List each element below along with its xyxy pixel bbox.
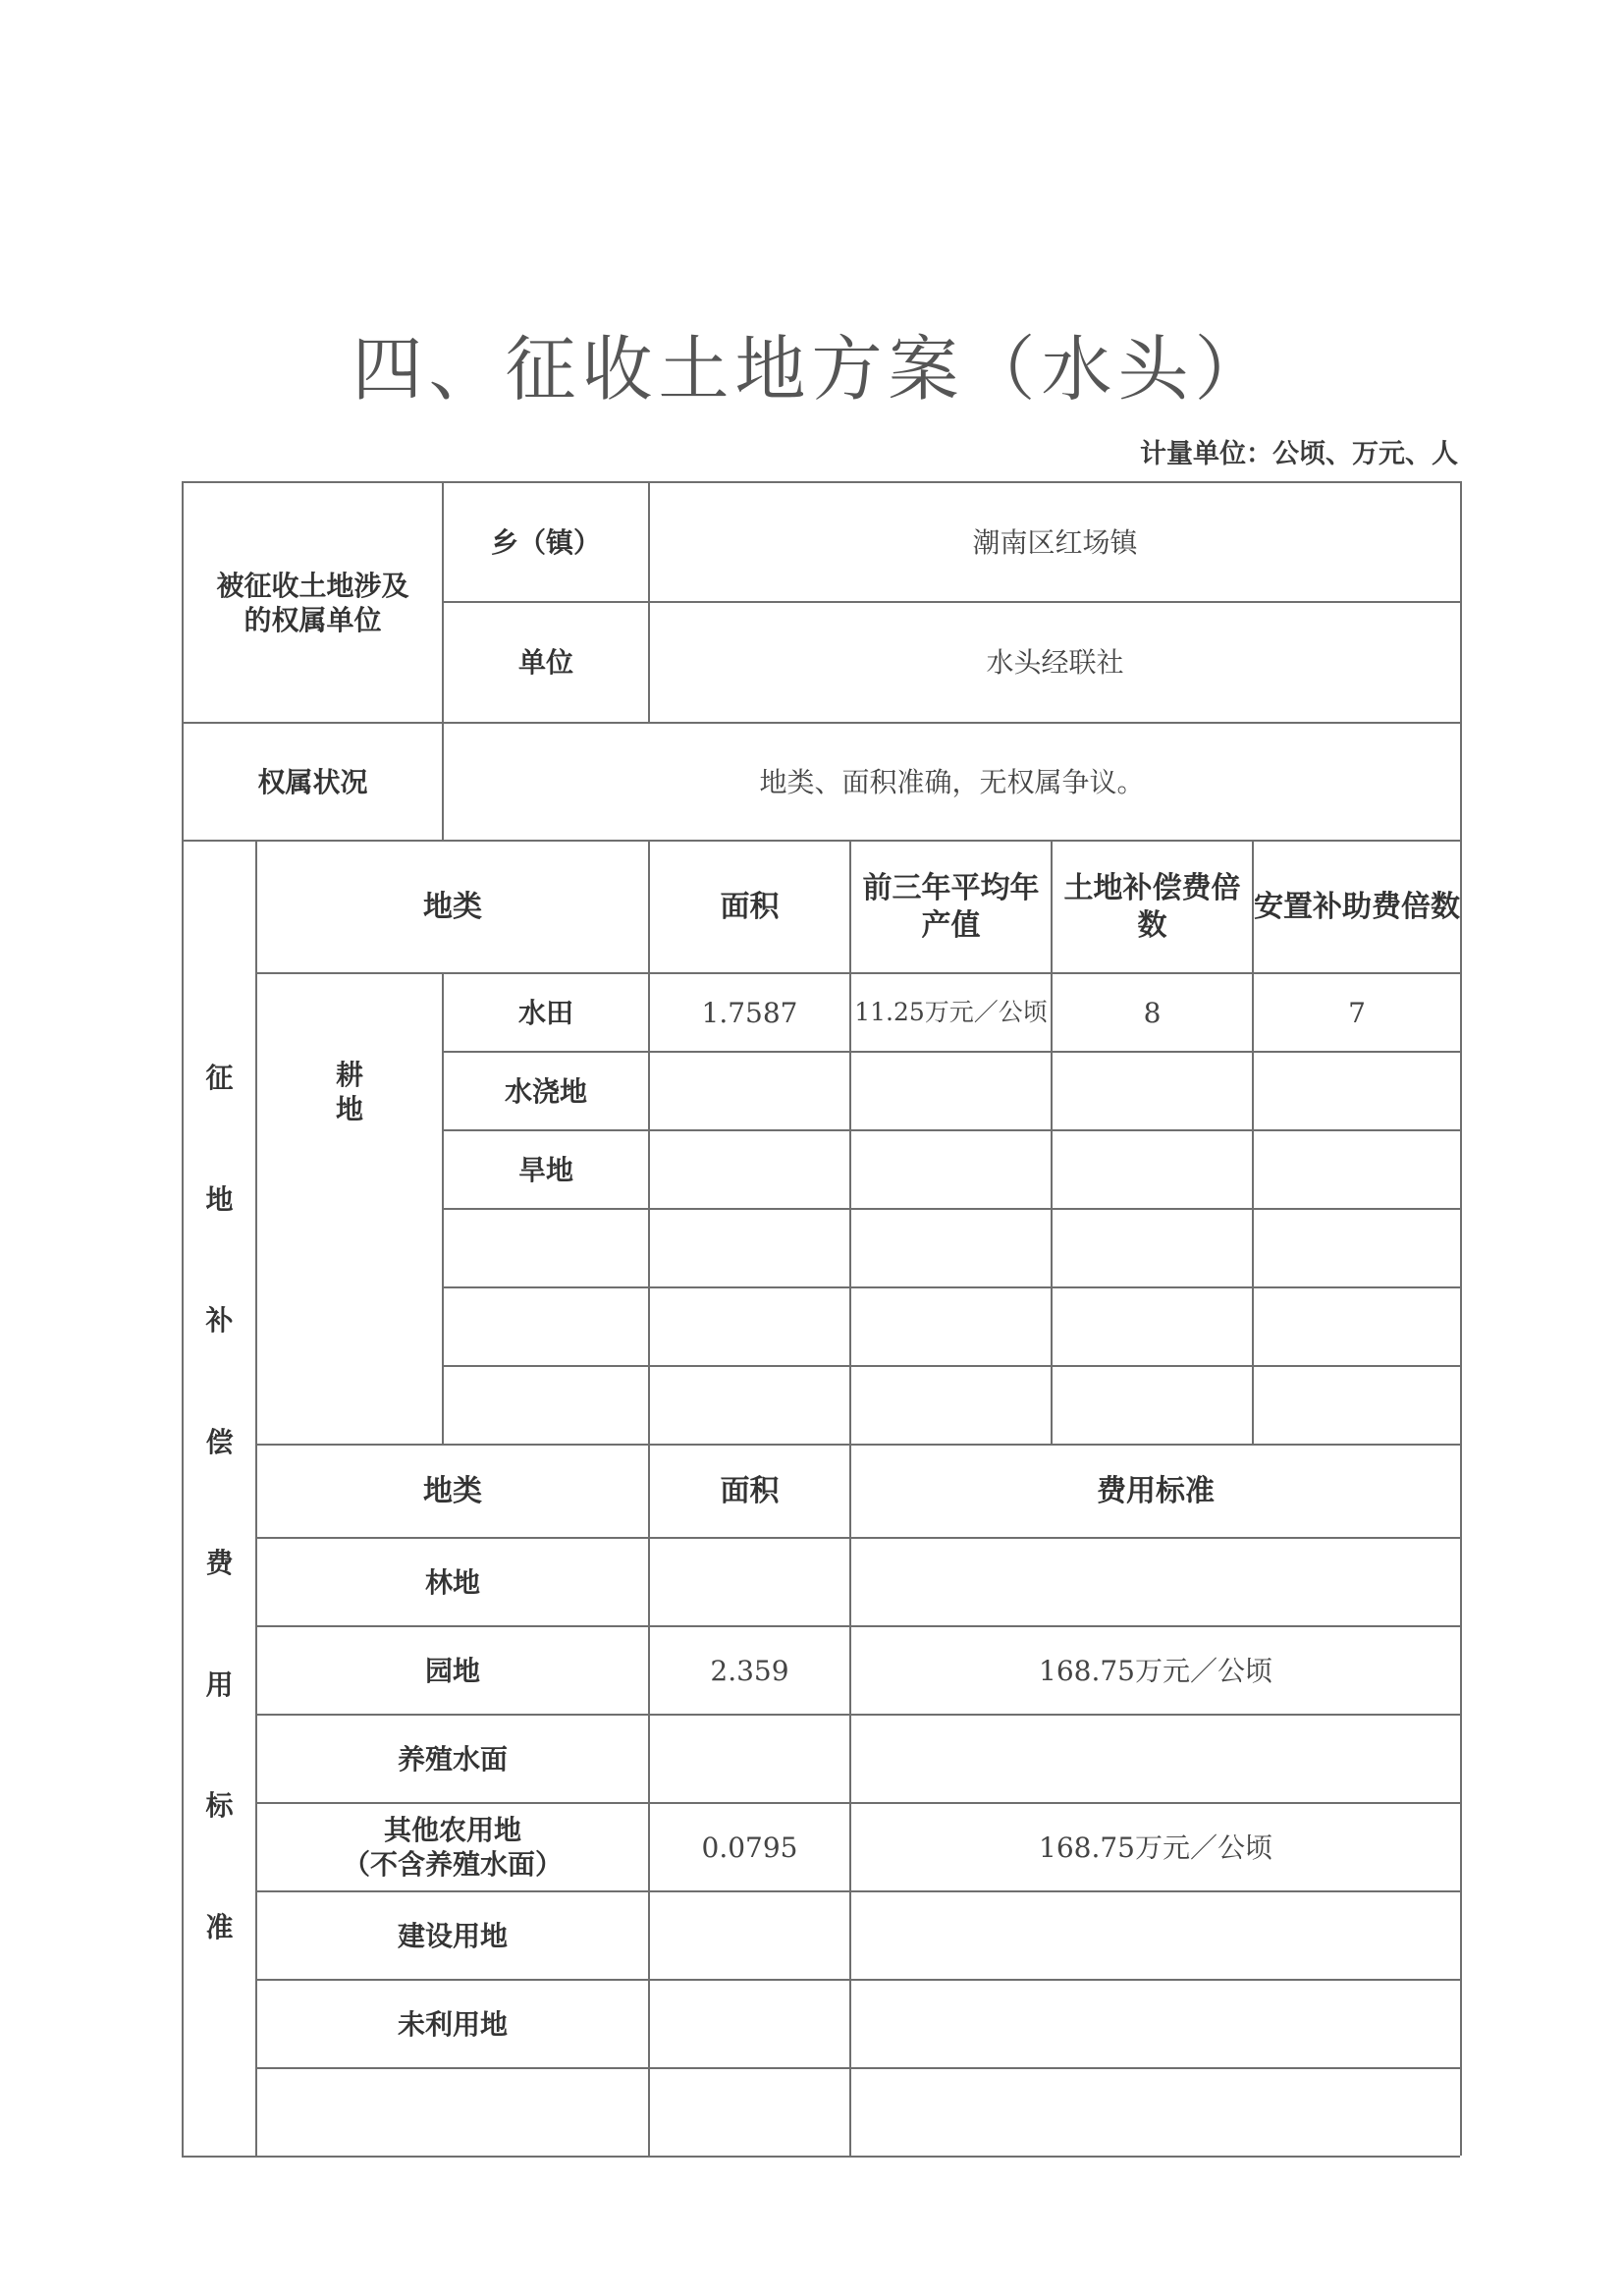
header-text: 前三年平均年产值 <box>851 870 1051 944</box>
ownership-status-label: 权属状况 <box>184 724 442 840</box>
cell-text: 水浇地 <box>505 1074 587 1109</box>
unit-label: 单位 <box>444 603 648 722</box>
town-label-text: 乡（镇） <box>491 525 601 560</box>
land-type-cell: 水田 <box>444 974 648 1051</box>
cell-text: 168.75万元／公顷 <box>1039 1654 1272 1688</box>
cell-text: 8 <box>1144 996 1162 1030</box>
section-char: 补 <box>205 1303 233 1338</box>
avg-output-cell: 11.25万元／公顷 <box>851 974 1051 1051</box>
cell-text: 168.75万元／公顷 <box>1039 1831 1272 1865</box>
col-header-compensation-multiple: 土地补偿费倍数 <box>1053 842 1252 972</box>
compensation-multiple-cell: 8 <box>1053 974 1252 1051</box>
land-type-cell: 林地 <box>257 1539 648 1625</box>
land-type-cell: 园地 <box>257 1627 648 1714</box>
header-text: 面积 <box>721 1473 780 1510</box>
ownership-status-label-text: 权属状况 <box>257 765 367 799</box>
ownership-status-value-text: 地类、面积准确，无权属争议。 <box>759 765 1144 799</box>
resettlement-multiple-cell: 7 <box>1254 974 1460 1051</box>
divider <box>849 1444 851 2156</box>
land-type-cell: 其他农用地 （不含养殖水面） <box>257 1804 648 1890</box>
land-type-cell: 未利用地 <box>257 1981 648 2067</box>
divider <box>442 1365 1460 1367</box>
header-text: 费用标准 <box>1097 1473 1215 1510</box>
divider <box>255 2067 1460 2069</box>
section-char: 偿 <box>205 1425 233 1459</box>
area-cell: 0.0795 <box>650 1804 849 1890</box>
cell-text: 11.25万元／公顷 <box>854 997 1048 1027</box>
unit-value: 水头经联社 <box>650 603 1460 722</box>
header-text: 地类 <box>423 1473 482 1510</box>
col-header-resettlement-multiple: 安置补助费倍数 <box>1254 842 1460 972</box>
cell-text: 水田 <box>518 996 573 1030</box>
header-text: 面积 <box>721 889 780 926</box>
fee-cell: 168.75万元／公顷 <box>851 1627 1460 1714</box>
ownership-unit-label-text: 被征收土地涉及的权属单位 <box>205 569 421 637</box>
col-header-land-type: 地类 <box>257 842 648 972</box>
cell-text: 建设用地 <box>398 1919 508 1953</box>
col-header-avg-output: 前三年平均年产值 <box>851 842 1051 972</box>
divider <box>442 1286 1460 1288</box>
col-header-fee-standard: 费用标准 <box>851 1446 1460 1537</box>
col-header-area: 面积 <box>650 842 849 972</box>
table-border-bottom <box>182 2156 1460 2158</box>
section-char: 地 <box>205 1182 233 1217</box>
unit-value-text: 水头经联社 <box>986 645 1123 680</box>
cell-text: 林地 <box>425 1565 480 1600</box>
cell-text: 未利用地 <box>398 2007 508 2042</box>
area-cell: 2.359 <box>650 1627 849 1714</box>
cell-text: 养殖水面 <box>398 1742 508 1777</box>
farmland-group-text: 耕地 <box>335 1058 364 1126</box>
table-border-right <box>1460 481 1462 2156</box>
fee-cell: 168.75万元／公顷 <box>851 1804 1460 1890</box>
section-char: 标 <box>205 1788 233 1823</box>
ownership-status-value: 地类、面积准确，无权属争议。 <box>444 724 1460 840</box>
land-type-cell: 养殖水面 <box>257 1716 648 1802</box>
cell-text: 其他农用地 <box>384 1813 521 1847</box>
section-char: 准 <box>205 1910 233 1944</box>
section-char: 用 <box>205 1667 233 1702</box>
area-cell: 1.7587 <box>650 974 849 1051</box>
unit-label-text: 单位 <box>518 645 573 680</box>
town-value-text: 潮南区红场镇 <box>972 525 1137 560</box>
town-label: 乡（镇） <box>444 483 648 601</box>
divider <box>442 1208 1460 1210</box>
header-text: 土地补偿费倍数 <box>1053 870 1252 944</box>
cell-text: （不含养殖水面） <box>343 1847 563 1882</box>
section-char: 征 <box>205 1061 233 1095</box>
land-type-cell: 建设用地 <box>257 1892 648 1979</box>
section-label-compensation-standard: 征 地 补 偿 费 用 标 准 <box>184 1061 255 1944</box>
cell-text: 7 <box>1348 996 1366 1030</box>
cell-text: 旱地 <box>518 1153 573 1187</box>
land-acquisition-table: 被征收土地涉及的权属单位 乡（镇） 潮南区红场镇 单位 水头经联社 权属状况 地… <box>0 0 1623 2296</box>
header-text: 地类 <box>423 889 482 926</box>
col-header-land-type-2: 地类 <box>257 1446 648 1537</box>
land-type-cell: 旱地 <box>444 1131 648 1208</box>
section-char: 费 <box>205 1546 233 1580</box>
town-value: 潮南区红场镇 <box>650 483 1460 601</box>
cell-text: 1.7587 <box>702 996 798 1030</box>
header-text: 安置补助费倍数 <box>1254 889 1460 926</box>
cell-text: 园地 <box>425 1654 480 1688</box>
ownership-unit-label: 被征收土地涉及的权属单位 <box>184 483 442 722</box>
farmland-group-label: 耕地 <box>257 974 442 1210</box>
col-header-area-2: 面积 <box>650 1446 849 1537</box>
land-type-cell: 水浇地 <box>444 1053 648 1129</box>
cell-text: 2.359 <box>710 1654 788 1688</box>
cell-text: 0.0795 <box>702 1831 798 1865</box>
